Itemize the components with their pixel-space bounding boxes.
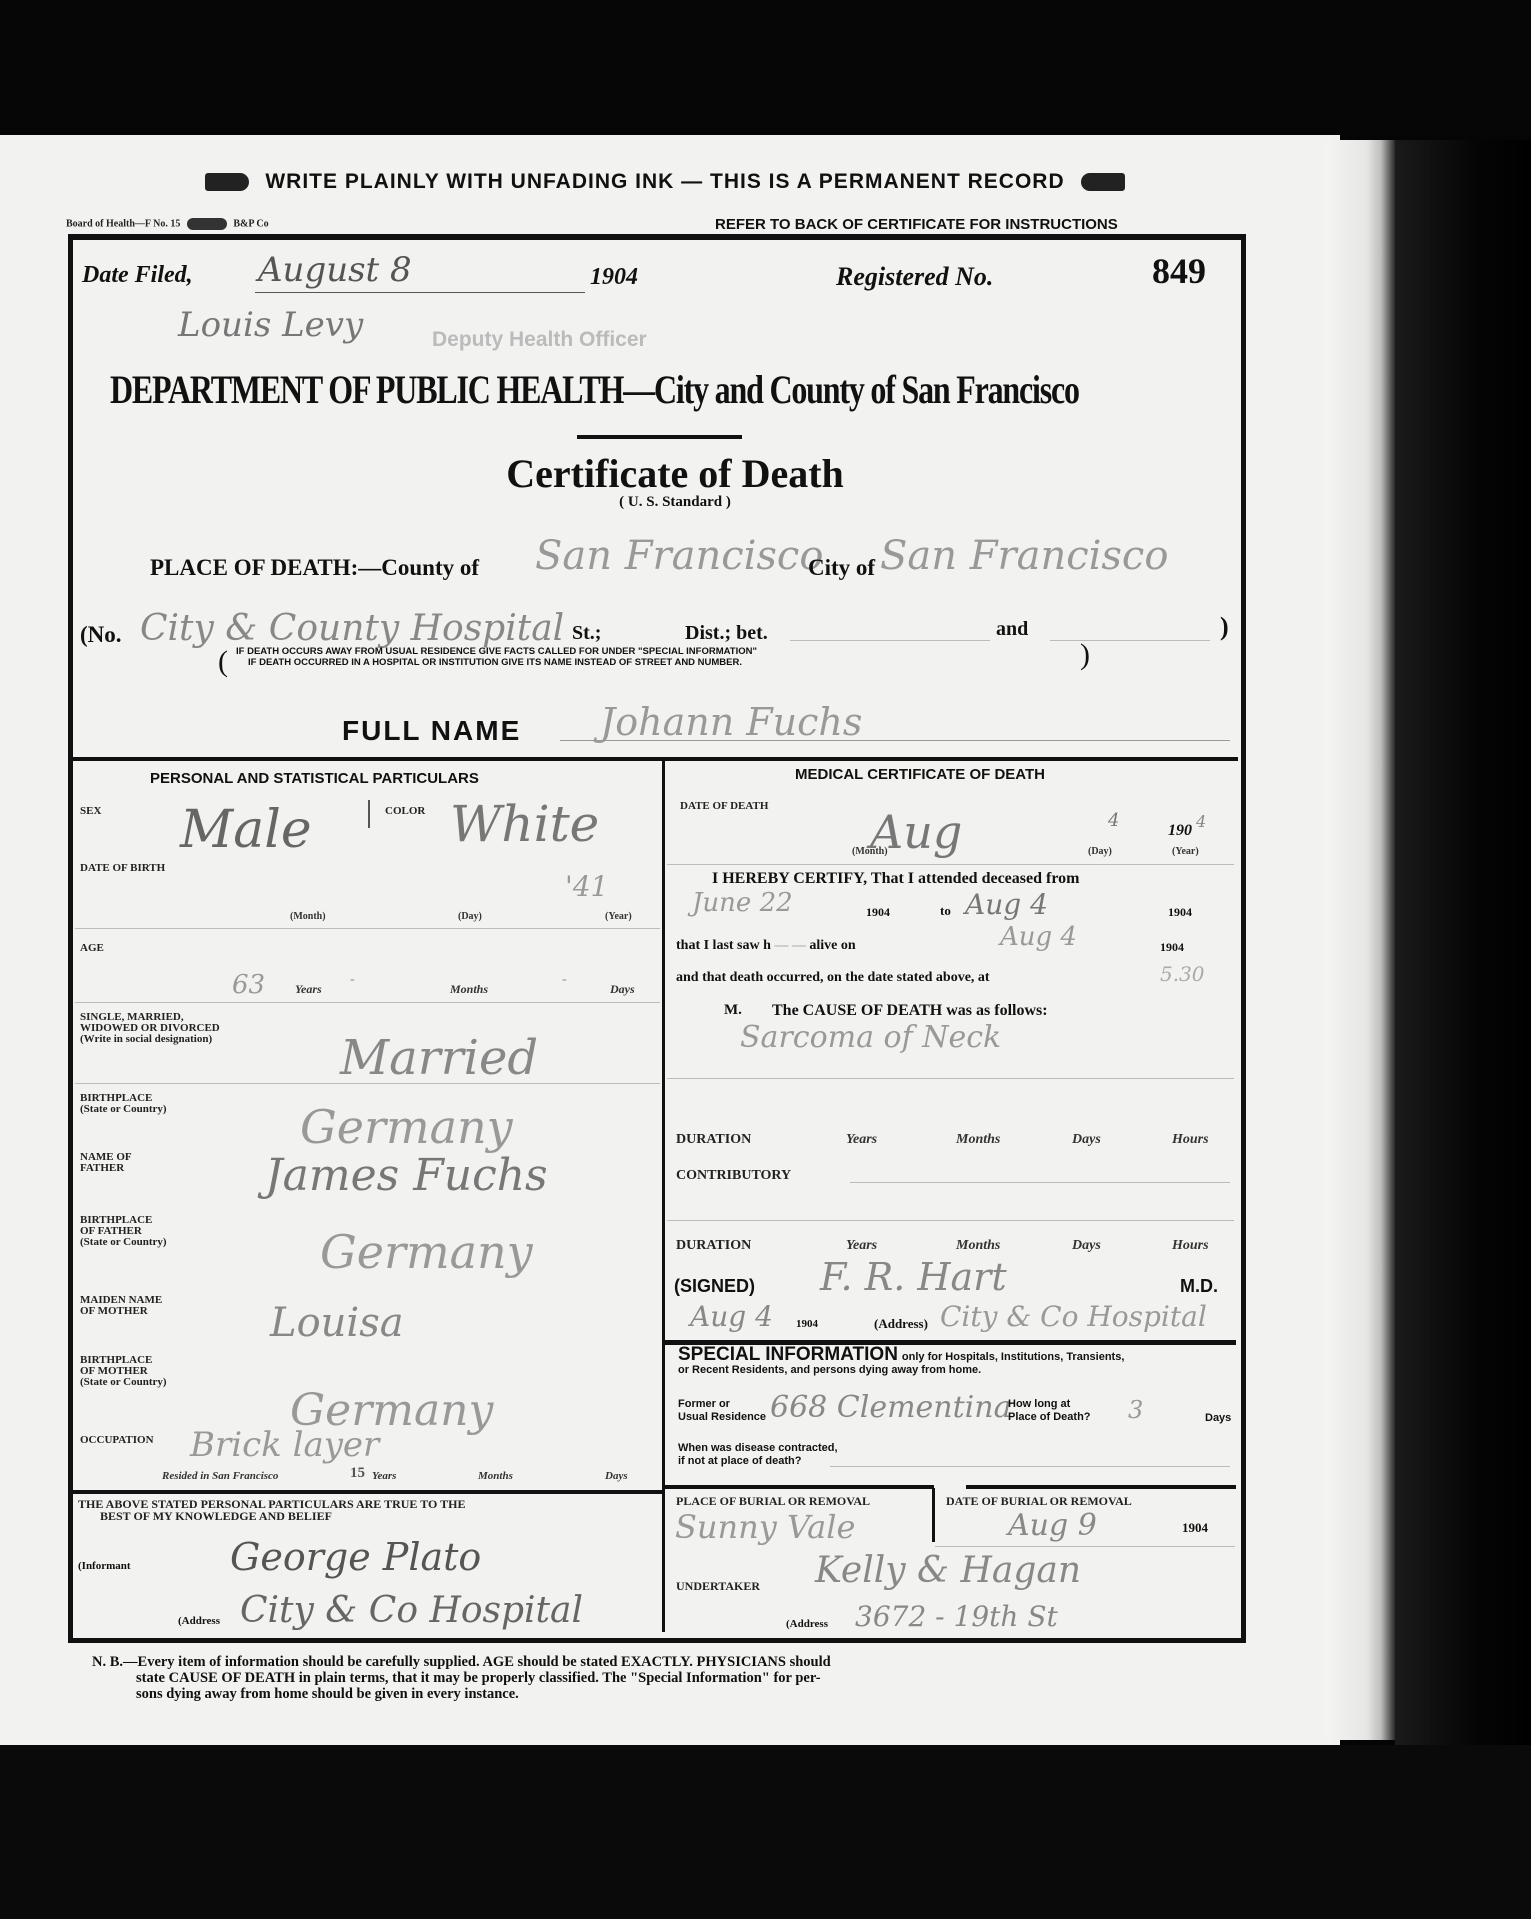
dist-label: Dist.; bet.: [685, 622, 768, 645]
age-label: AGE: [80, 942, 104, 954]
father-label: NAME OF FATHER: [80, 1152, 132, 1174]
scan-background-bottom: [0, 1745, 1531, 1919]
attended-from: June 22: [692, 888, 793, 918]
refer-instructions: REFER TO BACK OF CERTIFICATE FOR INSTRUC…: [715, 216, 1118, 233]
age-days-value: -: [562, 972, 567, 988]
duration-months-label-1: Months: [956, 1132, 1000, 1148]
place-instructions: IF DEATH OCCURS AWAY FROM USUAL RESIDENC…: [236, 646, 757, 668]
ink-warning-banner: WRITE PLAINLY WITH UNFADING INK — THIS I…: [125, 170, 1205, 194]
how-long-label-1: How long at: [1008, 1398, 1091, 1411]
marital-label: SINGLE, MARRIED, WIDOWED OR DIVORCED (Wr…: [80, 1012, 220, 1045]
resided-label: Resided in San Francisco: [162, 1470, 278, 1482]
informant-label: (Informant: [78, 1560, 131, 1572]
birthplace-label-2: (State or Country): [80, 1104, 167, 1115]
informant-address: City & Co Hospital: [240, 1590, 583, 1631]
certificate-title: Certificate of Death: [350, 450, 1000, 497]
undertaker-name: Kelly & Hagan: [815, 1550, 1081, 1591]
occupation-label: OCCUPATION: [80, 1434, 154, 1446]
undertaker-address-label: (Address: [786, 1618, 828, 1630]
dob-day-label: (Day): [458, 911, 482, 922]
father-bp-label-3: (State or Country): [80, 1237, 167, 1248]
duration-years-label-2: Years: [846, 1238, 877, 1254]
dob-divider: [75, 928, 660, 929]
signed-date: Aug 4: [690, 1300, 773, 1333]
place-of-death-label: PLACE OF DEATH:—County of: [150, 555, 479, 581]
burial-date-underline: [935, 1546, 1235, 1547]
form-number: Board of Health—F No. 15: [66, 218, 180, 229]
st-label: St.;: [572, 622, 601, 645]
informant-statement: THE ABOVE STATED PERSONAL PARTICULARS AR…: [78, 1498, 465, 1522]
special-heading: SPECIAL INFORMATION only for Hospitals, …: [678, 1348, 1233, 1377]
marital-label-3: (Write in social designation): [80, 1034, 220, 1045]
banner-text: WRITE PLAINLY WITH UNFADING INK — THIS I…: [265, 170, 1064, 193]
footnote-line-3: sons dying away from home should be give…: [92, 1686, 831, 1702]
duration-years-label-1: Years: [846, 1132, 877, 1148]
special-heading-title: SPECIAL INFORMATION: [678, 1344, 898, 1365]
last-saw-text: that I last saw h: [676, 938, 771, 953]
alive-on-text: alive on: [809, 938, 855, 953]
residence-label: Former or Usual Residence: [678, 1398, 766, 1424]
how-long-label-2: Place of Death?: [1008, 1411, 1091, 1424]
cause-label: The CAUSE OF DEATH was as follows:: [772, 1002, 1048, 1020]
age-divider: [75, 1002, 660, 1003]
and-label: and: [996, 618, 1028, 641]
duration-days-label-1: Days: [1072, 1132, 1101, 1148]
sex-color-divider: [368, 800, 370, 828]
residence-label-1: Former or: [678, 1398, 766, 1411]
officer-signature: Louis Levy: [178, 305, 363, 345]
special-heading-note: only for Hospitals, Institutions, Transi…: [902, 1351, 1124, 1363]
father-birthplace-label: BIRTHPLACE OF FATHER (State or Country): [80, 1215, 167, 1248]
duration-label-1: DURATION: [676, 1134, 751, 1146]
footnote-line-1: N. B.—Every item of information should b…: [92, 1654, 831, 1670]
date-filed-value: August 8: [258, 250, 412, 290]
printer-name: B&P Co: [233, 218, 268, 229]
burial-column-divider: [932, 1488, 935, 1542]
resided-years-value: 15: [350, 1465, 365, 1482]
medical-address-label: (Address): [874, 1316, 928, 1332]
city-label: City of: [808, 555, 875, 581]
resided-days-label: Days: [605, 1470, 628, 1482]
cause-divider-1: [667, 1078, 1234, 1079]
dob-month-label: (Month): [290, 911, 326, 922]
attended-to-year: 1904: [1168, 905, 1192, 920]
contributory-label: CONTRIBUTORY: [676, 1170, 791, 1182]
dob-year-value: '41: [565, 870, 608, 903]
death-time: 5.30: [1160, 962, 1205, 986]
contracted-label-1: When was disease contracted,: [678, 1442, 838, 1455]
sex-label: SEX: [80, 805, 101, 817]
close-paren: ): [1220, 612, 1229, 642]
color-value: White: [450, 795, 599, 853]
footnote-line-2: state CAUSE OF DEATH in plain terms, tha…: [92, 1670, 831, 1686]
duration-label-2: DURATION: [676, 1240, 751, 1252]
last-saw-year: 1904: [1160, 940, 1184, 955]
mother-value: Louisa: [270, 1300, 404, 1346]
full-name-label: FULL NAME: [342, 715, 521, 747]
to-label: to: [940, 903, 951, 919]
contributory-divider: [667, 1220, 1234, 1221]
open-brace: (: [218, 645, 228, 679]
burial-year: 1904: [1182, 1520, 1208, 1536]
street-value: City & County Hospital: [140, 608, 564, 649]
contracted-line: [830, 1466, 1230, 1467]
age-months-label: Months: [450, 982, 488, 997]
birthplace-label: BIRTHPLACE (State or Country): [80, 1093, 167, 1115]
how-long-label: How long at Place of Death?: [1008, 1398, 1091, 1424]
close-brace: ): [1080, 638, 1090, 672]
burial-place: Sunny Vale: [675, 1508, 855, 1546]
dist-line: [790, 640, 990, 641]
dod-label: DATE OF DEATH: [680, 800, 768, 812]
dod-day: 4: [1108, 810, 1119, 831]
mother-label: MAIDEN NAME OF MOTHER: [80, 1295, 162, 1317]
color-label: COLOR: [385, 805, 425, 817]
dod-year-label: (Year): [1172, 846, 1199, 857]
undertaker-label: UNDERTAKER: [676, 1580, 760, 1592]
dod-year-suffix: 4: [1196, 812, 1206, 831]
section-divider: [73, 757, 1238, 761]
informant-address-label: (Address: [178, 1615, 220, 1627]
duration-days-label-2: Days: [1072, 1238, 1101, 1254]
and-line: [1050, 640, 1210, 641]
page-edge: [1325, 140, 1395, 1740]
birthplace-value: Germany: [300, 1100, 513, 1154]
officer-title: Deputy Health Officer: [432, 328, 647, 352]
registered-label: Registered No.: [836, 262, 993, 292]
date-filed-underline: [255, 292, 585, 293]
age-years-label: Years: [295, 982, 322, 997]
occupation-value: Brick layer: [190, 1425, 379, 1465]
medical-heading: MEDICAL CERTIFICATE OF DEATH: [795, 766, 1045, 783]
date-filed-year: 1904: [590, 264, 638, 291]
burial-divider-right: [966, 1485, 1236, 1489]
father-birthplace-value: Germany: [320, 1225, 533, 1279]
column-divider: [662, 757, 665, 1632]
last-saw-label: that I last saw h — — alive on: [676, 938, 856, 954]
informant-statement-2: BEST OF MY KNOWLEDGE AND BELIEF: [78, 1510, 465, 1522]
title-divider: [577, 435, 742, 439]
form-id: Board of Health—F No. 15 B&P Co: [66, 218, 269, 230]
mother-label-2: OF MOTHER: [80, 1306, 162, 1317]
how-long-value: 3: [1128, 1396, 1143, 1424]
resided-years-label: Years: [372, 1470, 396, 1482]
contributory-line: [850, 1182, 1230, 1183]
residence-value: 668 Clementina: [770, 1390, 1011, 1425]
marital-value: Married: [340, 1030, 538, 1086]
full-name-underline: [560, 740, 1230, 741]
sex-value: Male: [180, 800, 312, 860]
pointing-hand-left-icon: [205, 173, 249, 191]
special-heading-note-2: or Recent Residents, and persons dying a…: [678, 1364, 1233, 1377]
burial-date-label: DATE of BURIAL or REMOVAL: [946, 1495, 1132, 1507]
personal-heading: PERSONAL AND STATISTICAL PARTICULARS: [150, 770, 479, 787]
age-days-label: Days: [610, 982, 635, 997]
certify-text: I HEREBY CERTIFY, That I attended deceas…: [712, 870, 1079, 888]
last-saw-date: Aug 4: [1000, 922, 1077, 952]
medical-address: City & Co Hospital: [940, 1300, 1207, 1333]
department-title: DEPARTMENT OF PUBLIC HEALTH—City and Cou…: [110, 366, 990, 413]
dob-year-label: (Year): [605, 911, 632, 922]
attended-from-year: 1904: [866, 905, 890, 920]
informant-name: George Plato: [230, 1535, 481, 1579]
mother-birthplace-label: BIRTHPLACE OF MOTHER (State or Country): [80, 1355, 167, 1388]
how-long-days-label: Days: [1205, 1412, 1231, 1424]
md-label: M.D.: [1180, 1276, 1218, 1297]
physician-signature: F. R. Hart: [820, 1255, 1007, 1299]
dod-year-prefix: 190: [1168, 822, 1192, 840]
pointing-hand-right-icon: [1081, 173, 1125, 191]
registered-number: 849: [1152, 250, 1206, 292]
burial-date: Aug 9: [1008, 1508, 1097, 1543]
age-years-value: 63: [232, 970, 265, 1000]
dod-month-label: (Month): [852, 846, 888, 857]
place-note-2: IF DEATH OCCURRED IN A HOSPITAL OR INSTI…: [236, 657, 757, 668]
signed-year: 1904: [796, 1318, 818, 1330]
duration-months-label-2: Months: [956, 1238, 1000, 1254]
father-label-2: FATHER: [80, 1163, 132, 1174]
marital-divider: [75, 1083, 660, 1084]
union-seal-icon: [187, 218, 227, 230]
scan-background-top: [0, 0, 1531, 135]
street-number-label: (No.: [80, 622, 122, 648]
residence-label-2: Usual Residence: [678, 1411, 766, 1424]
place-note-1: IF DEATH OCCURS AWAY FROM USUAL RESIDENC…: [236, 646, 757, 657]
county-value: San Francisco: [535, 533, 823, 579]
footnote: N. B.—Every item of information should b…: [92, 1654, 831, 1702]
cause-value: Sarcoma of Neck: [740, 1020, 1001, 1055]
dod-divider: [667, 864, 1234, 865]
m-label: M.: [724, 1002, 742, 1019]
burial-place-label: PLACE OF BURIAL OR REMOVAL: [676, 1495, 870, 1507]
city-value: San Francisco: [880, 533, 1168, 579]
signed-label: (SIGNED): [674, 1276, 755, 1297]
attended-to: Aug 4: [965, 888, 1048, 921]
mother-bp-label-3: (State or Country): [80, 1377, 167, 1388]
duration-hours-label-2: Hours: [1172, 1238, 1209, 1254]
death-occurred-text: and that death occurred, on the date sta…: [676, 970, 990, 986]
age-months-value: -: [350, 972, 355, 988]
dob-label: DATE OF BIRTH: [80, 862, 165, 874]
book-spine: [1395, 140, 1531, 1919]
resided-months-label: Months: [478, 1470, 513, 1482]
certificate-subtitle: ( U. S. Standard ): [350, 494, 1000, 511]
undertaker-address: 3672 - 19th St: [855, 1600, 1058, 1633]
contracted-label-2: if not at place of death?: [678, 1455, 838, 1468]
date-filed-label: Date Filed,: [82, 262, 193, 289]
dod-day-label: (Day): [1088, 846, 1112, 857]
full-name-value: Johann Fuchs: [600, 700, 862, 744]
contracted-label: When was disease contracted, if not at p…: [678, 1442, 838, 1468]
duration-hours-label-1: Hours: [1172, 1132, 1209, 1148]
informant-divider: [73, 1490, 663, 1494]
father-value: James Fuchs: [265, 1150, 548, 1201]
burial-divider-left: [664, 1485, 934, 1489]
